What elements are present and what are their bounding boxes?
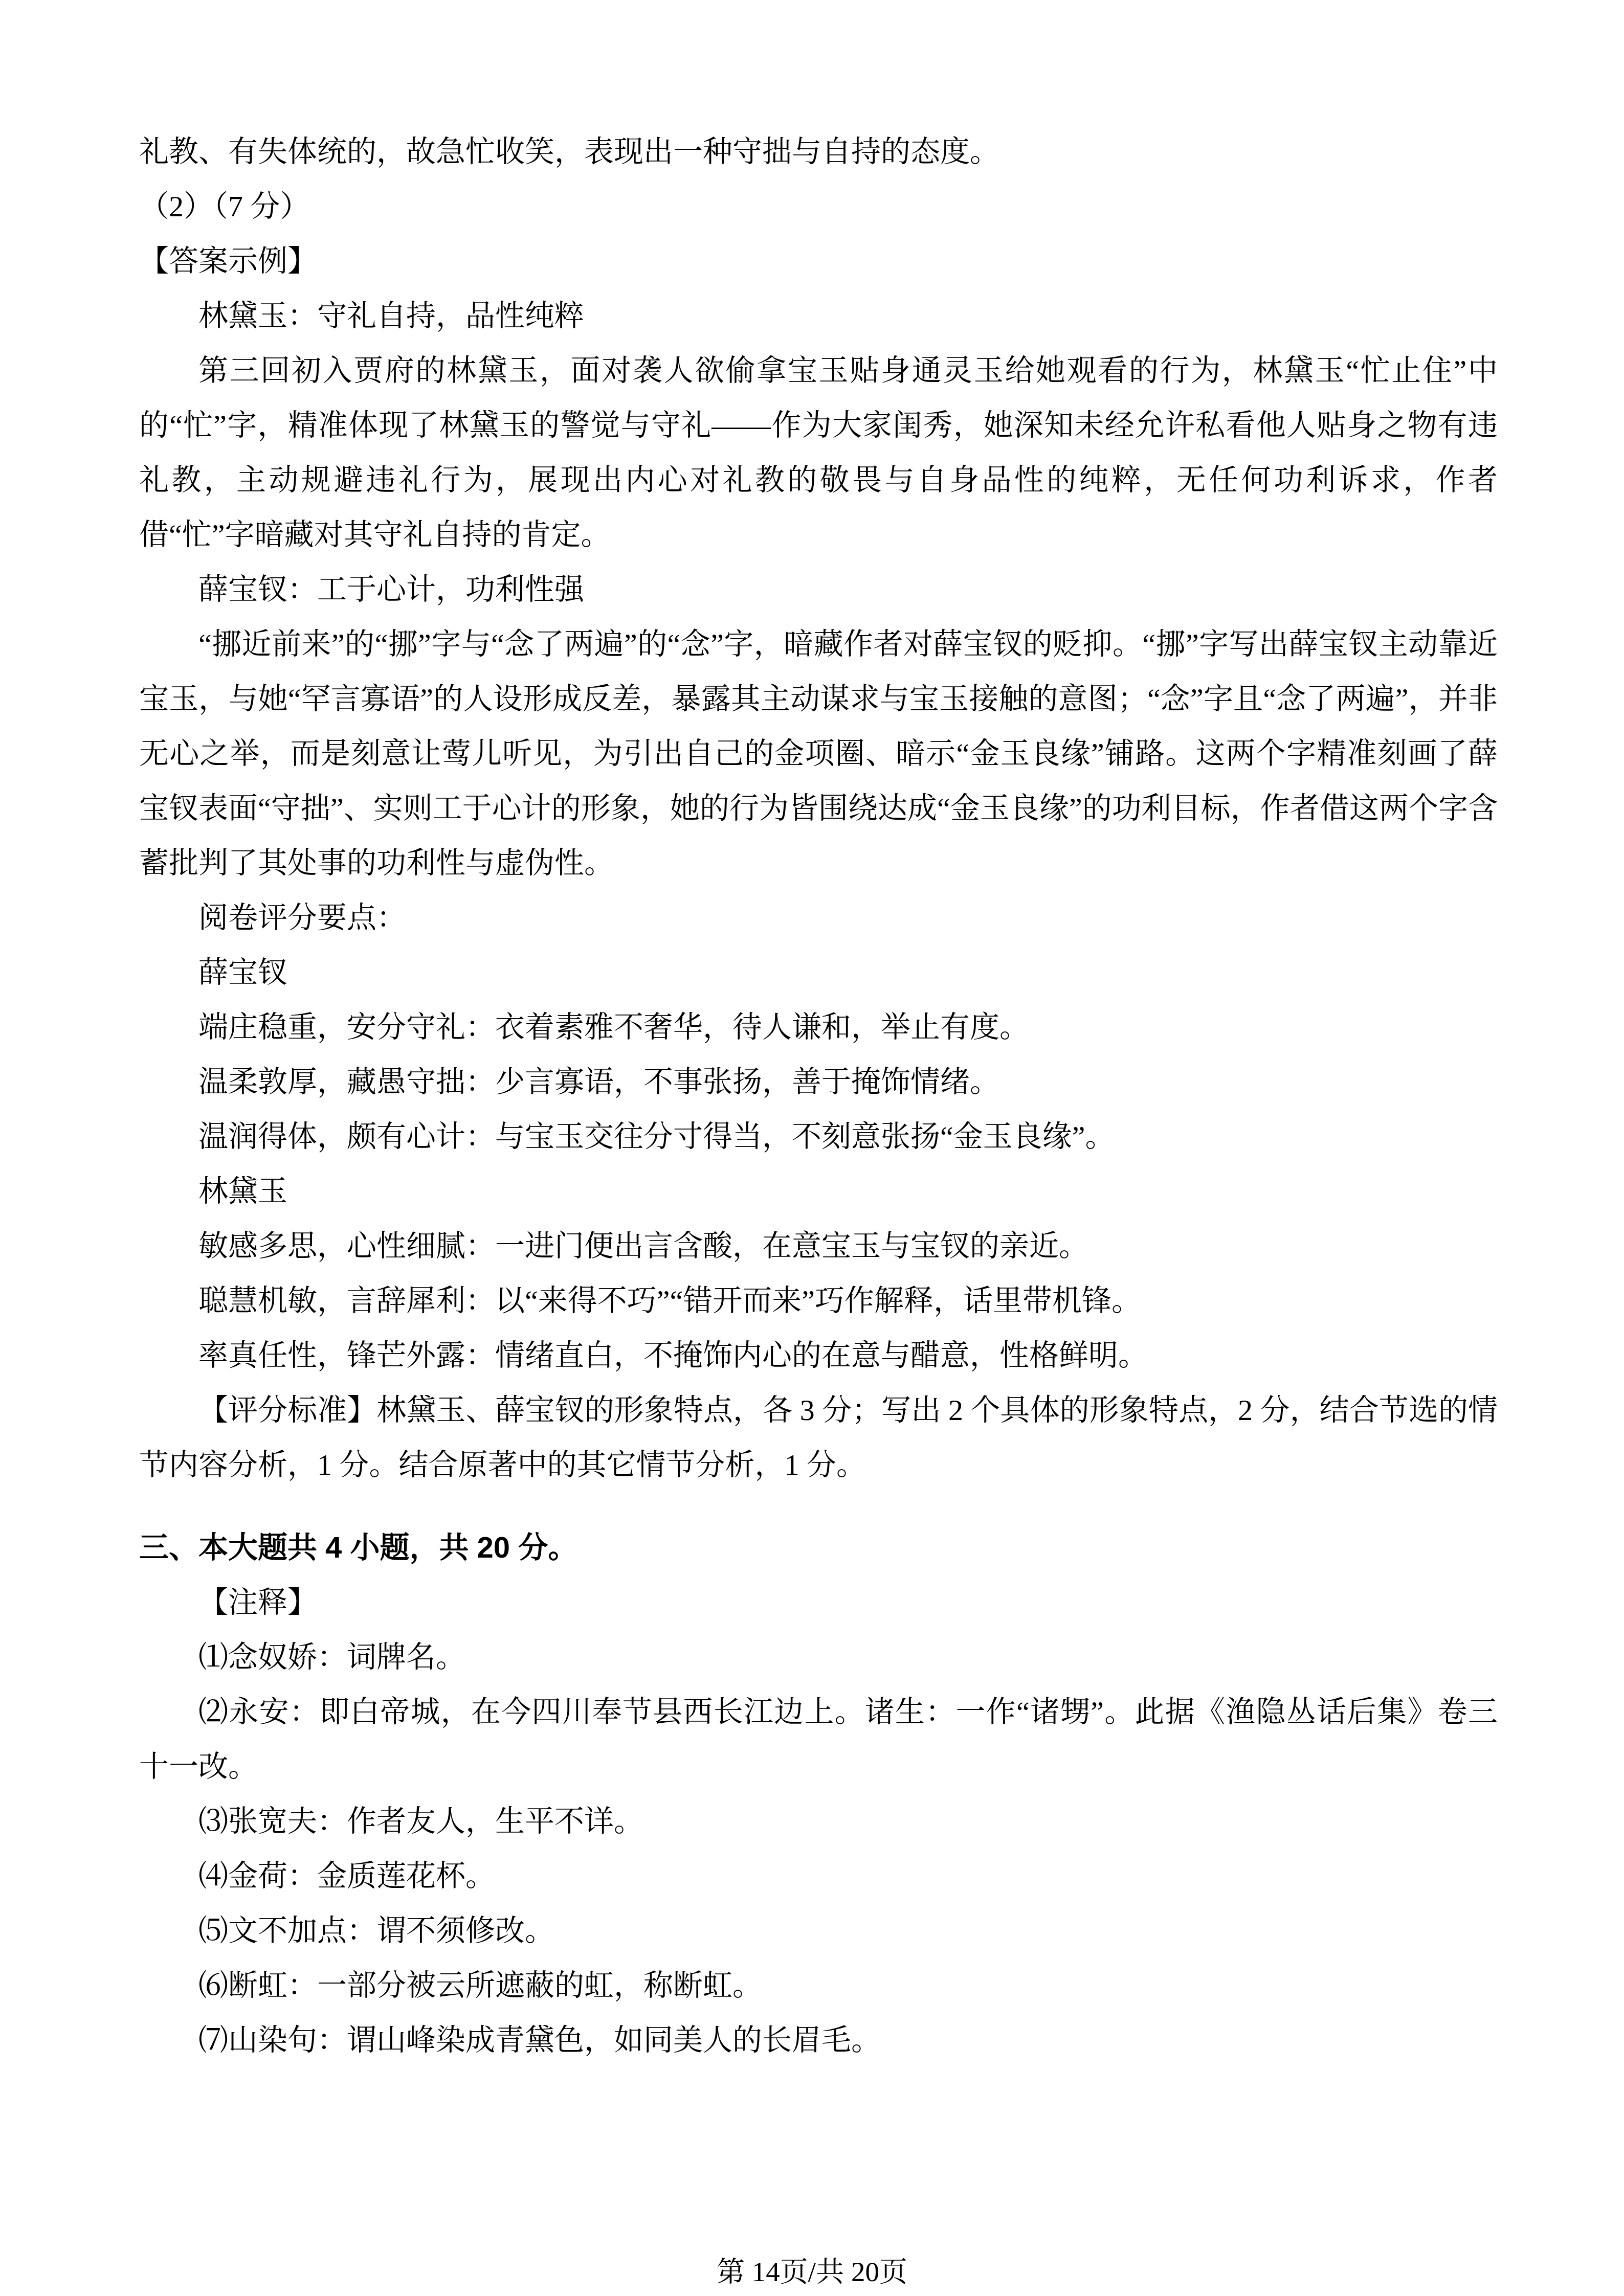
lin-daiyu-summary: 林黛玉：守礼自持，品性纯粹 bbox=[139, 288, 1498, 343]
xue-baochai-point-3: 温润得体，颇有心计：与宝玉交往分寸得当，不刻意张扬“金玉良缘”。 bbox=[139, 1109, 1498, 1164]
grading-points-label: 阅卷评分要点： bbox=[139, 890, 1498, 945]
paragraph-continuation: 礼教、有失体统的，故急忙收笑，表现出一种守拙与自持的态度。 bbox=[139, 124, 1498, 179]
note-item-1: ⑴念奴娇：词牌名。 bbox=[139, 1630, 1498, 1684]
note-item-5: ⑸文不加点：谓不须修改。 bbox=[139, 1903, 1498, 1958]
section-three-heading: 三、本大题共 4 小题，共 20 分。 bbox=[139, 1520, 1498, 1575]
scoring-standard: 【评分标准】林黛玉、薛宝钗的形象特点，各 3 分；写出 2 个具体的形象特点，2… bbox=[139, 1383, 1498, 1492]
note-item-2: ⑵永安：即白帝城，在今四川奉节县西长江边上。诸生：一作“诸甥”。此据《渔隐丛话后… bbox=[139, 1684, 1498, 1794]
note-item-3: ⑶张宽夫：作者友人，生平不详。 bbox=[139, 1794, 1498, 1849]
xue-baochai-heading: 薛宝钗 bbox=[139, 945, 1498, 1000]
answer-example-label: 【答案示例】 bbox=[139, 234, 1498, 288]
xue-baochai-summary: 薛宝钗：工于心计，功利性强 bbox=[139, 562, 1498, 617]
xue-baochai-point-1: 端庄稳重，安分守礼：衣着素雅不奢华，待人谦和，举止有度。 bbox=[139, 1000, 1498, 1054]
lin-daiyu-heading: 林黛玉 bbox=[139, 1164, 1498, 1219]
note-item-6: ⑹断虹：一部分被云所遮蔽的虹，称断虹。 bbox=[139, 1958, 1498, 2013]
lin-daiyu-point-3: 率真任性，锋芒外露：情绪直白，不掩饰内心的在意与醋意，性格鲜明。 bbox=[139, 1328, 1498, 1383]
document-content: 礼教、有失体统的，故急忙收笑，表现出一种守拙与自持的态度。 （2）（7 分） 【… bbox=[139, 124, 1498, 2067]
xue-baochai-point-2: 温柔敦厚，藏愚守拙：少言寡语，不事张扬，善于掩饰情绪。 bbox=[139, 1054, 1498, 1109]
note-item-4: ⑷金荷：金质莲花杯。 bbox=[139, 1849, 1498, 1903]
document-page: { "document": { "paragraphs": [ { "text"… bbox=[0, 0, 1624, 2296]
notes-label: 【注释】 bbox=[139, 1575, 1498, 1630]
lin-daiyu-point-1: 敏感多思，心性细腻：一进门便出言含酸，在意宝玉与宝钗的亲近。 bbox=[139, 1219, 1498, 1273]
xue-baochai-analysis: “挪近前来”的“挪”字与“念了两遍”的“念”字，暗藏作者对薛宝钗的贬抑。“挪”字… bbox=[139, 617, 1498, 890]
note-item-7: ⑺山染句：谓山峰染成青黛色，如同美人的长眉毛。 bbox=[139, 2013, 1498, 2067]
page-footer: 第 14页/共 20页 bbox=[0, 2254, 1624, 2290]
lin-daiyu-point-2: 聪慧机敏，言辞犀利：以“来得不巧”“错开而来”巧作解释，话里带机锋。 bbox=[139, 1273, 1498, 1328]
lin-daiyu-analysis: 第三回初入贾府的林黛玉，面对袭人欲偷拿宝玉贴身通灵玉给她观看的行为，林黛玉“忙止… bbox=[139, 343, 1498, 562]
question-2-score: （2）（7 分） bbox=[139, 179, 1498, 234]
